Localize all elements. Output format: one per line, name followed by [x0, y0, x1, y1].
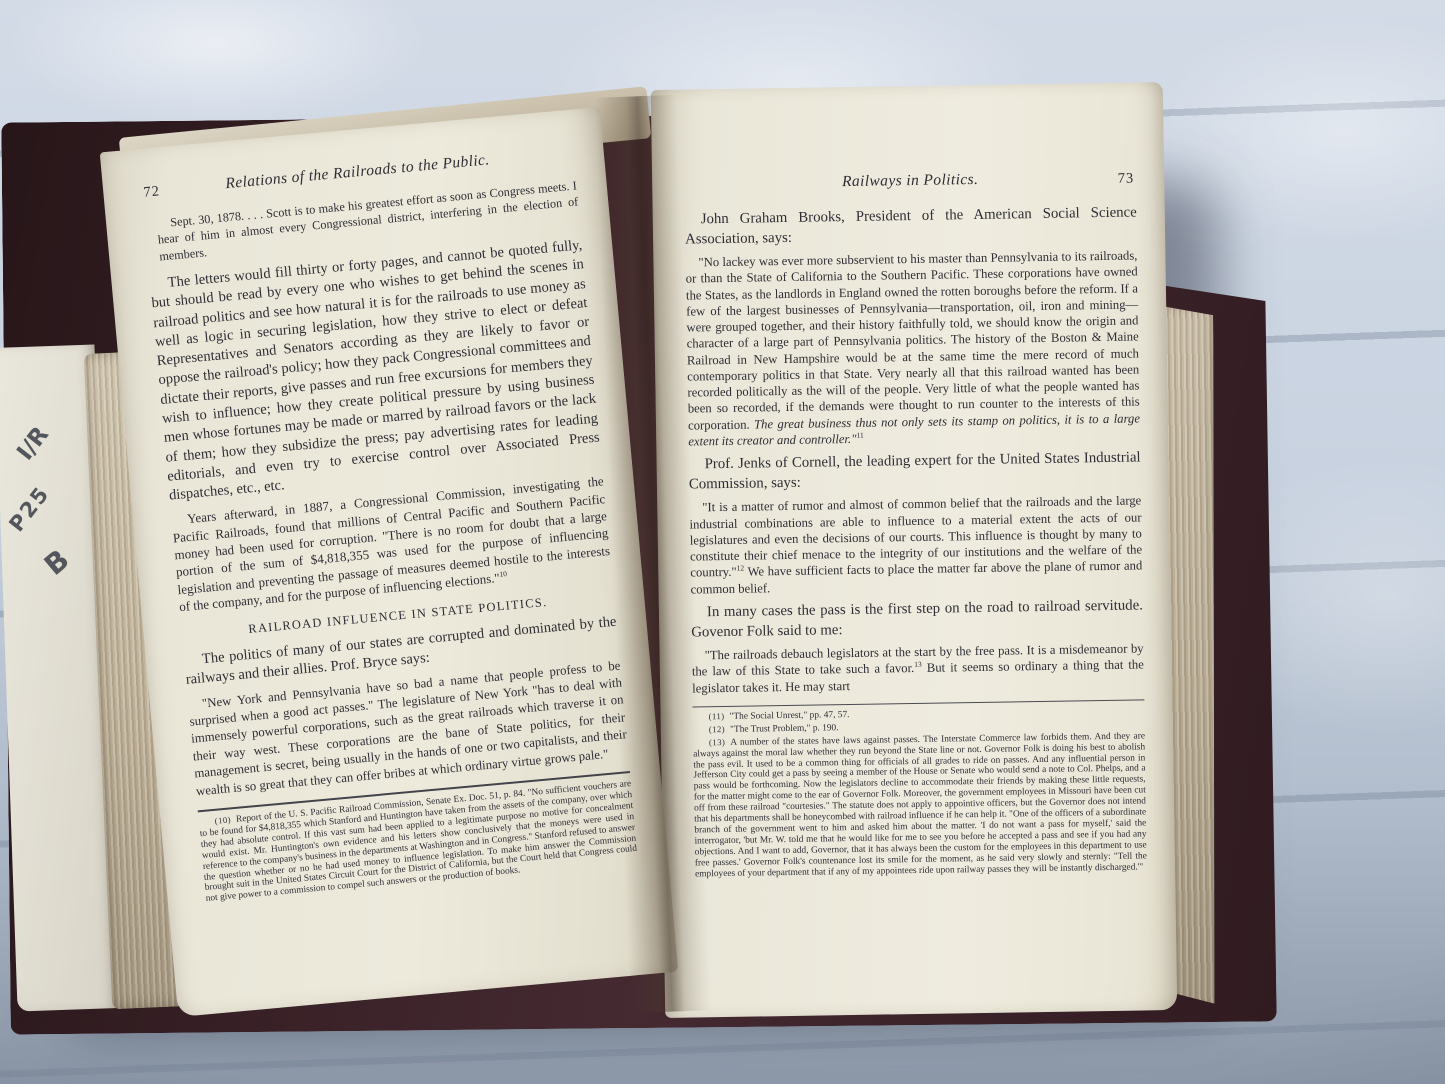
left-footnote-10-mark: (10) — [214, 814, 231, 825]
footnote-ref-10: 10 — [499, 569, 507, 579]
right-footnote-13-text: A number of the states have laws against… — [693, 731, 1147, 879]
brooks-quote-text: "No lackey was ever more subservient to … — [686, 249, 1140, 433]
right-page-content: Railways in Politics. 73 John Graham Bro… — [651, 82, 1178, 1018]
jenks-quote: "It is a matter of rumor and almost of c… — [689, 493, 1142, 598]
footnote-ref-12: 12 — [736, 564, 744, 573]
folk-quote: "The railroads debauch legislators at th… — [692, 641, 1145, 697]
right-running-title: Railways in Politics. — [684, 168, 1136, 193]
handwritten-note-line2: P25 — [4, 481, 54, 536]
right-paragraph-3: In many cases the pass is the first step… — [691, 595, 1144, 642]
left-page: 72 Relations of the Railroads to the Pub… — [100, 107, 679, 1017]
right-footnote-11-mark: (11) — [709, 711, 725, 721]
right-page-number: 73 — [1118, 170, 1135, 187]
left-paragraph-1: The letters would fill thirty or forty p… — [149, 236, 602, 506]
right-paragraph-1: John Graham Brooks, President of the Ame… — [685, 202, 1138, 249]
right-footnote-13: (13)A number of the states have laws aga… — [693, 731, 1147, 880]
footnote-ref-13: 13 — [914, 660, 922, 669]
handwritten-note-line3: B — [38, 543, 76, 582]
right-running-head: Railways in Politics. 73 — [684, 168, 1136, 199]
right-footnote-12-text: "The Trust Problem," p. 190. — [730, 723, 839, 735]
right-paragraph-2: Prof. Jenks of Cornell, the leading expe… — [688, 448, 1141, 495]
right-footnote-11-text: "The Social Unrest," pp. 47, 57. — [730, 710, 850, 722]
handwritten-note-line1: I/R — [12, 422, 54, 465]
footnote-ref-11: 11 — [856, 431, 863, 440]
right-footnote-13-mark: (13) — [709, 737, 725, 747]
jenks-quote-after: We have sufficient facts to place the ma… — [690, 559, 1142, 596]
left-page-number: 72 — [143, 183, 161, 201]
left-footnote-10: (10)Report of the U. S. Pacific Railroad… — [198, 779, 638, 905]
left-footnote-10-text: Report of the U. S. Pacific Railroad Com… — [199, 779, 637, 904]
brooks-quote: "No lackey was ever more subservient to … — [685, 248, 1140, 450]
left-page-content: 72 Relations of the Railroads to the Pub… — [100, 107, 679, 1017]
right-footnote-12-mark: (12) — [709, 724, 725, 734]
right-page: Railways in Politics. 73 John Graham Bro… — [651, 82, 1178, 1018]
brooks-quote-italic: The great business thus not only sets it… — [688, 411, 1140, 448]
photo-scene: I/R P25 B 72 Relations of the Railroads … — [0, 0, 1445, 1084]
